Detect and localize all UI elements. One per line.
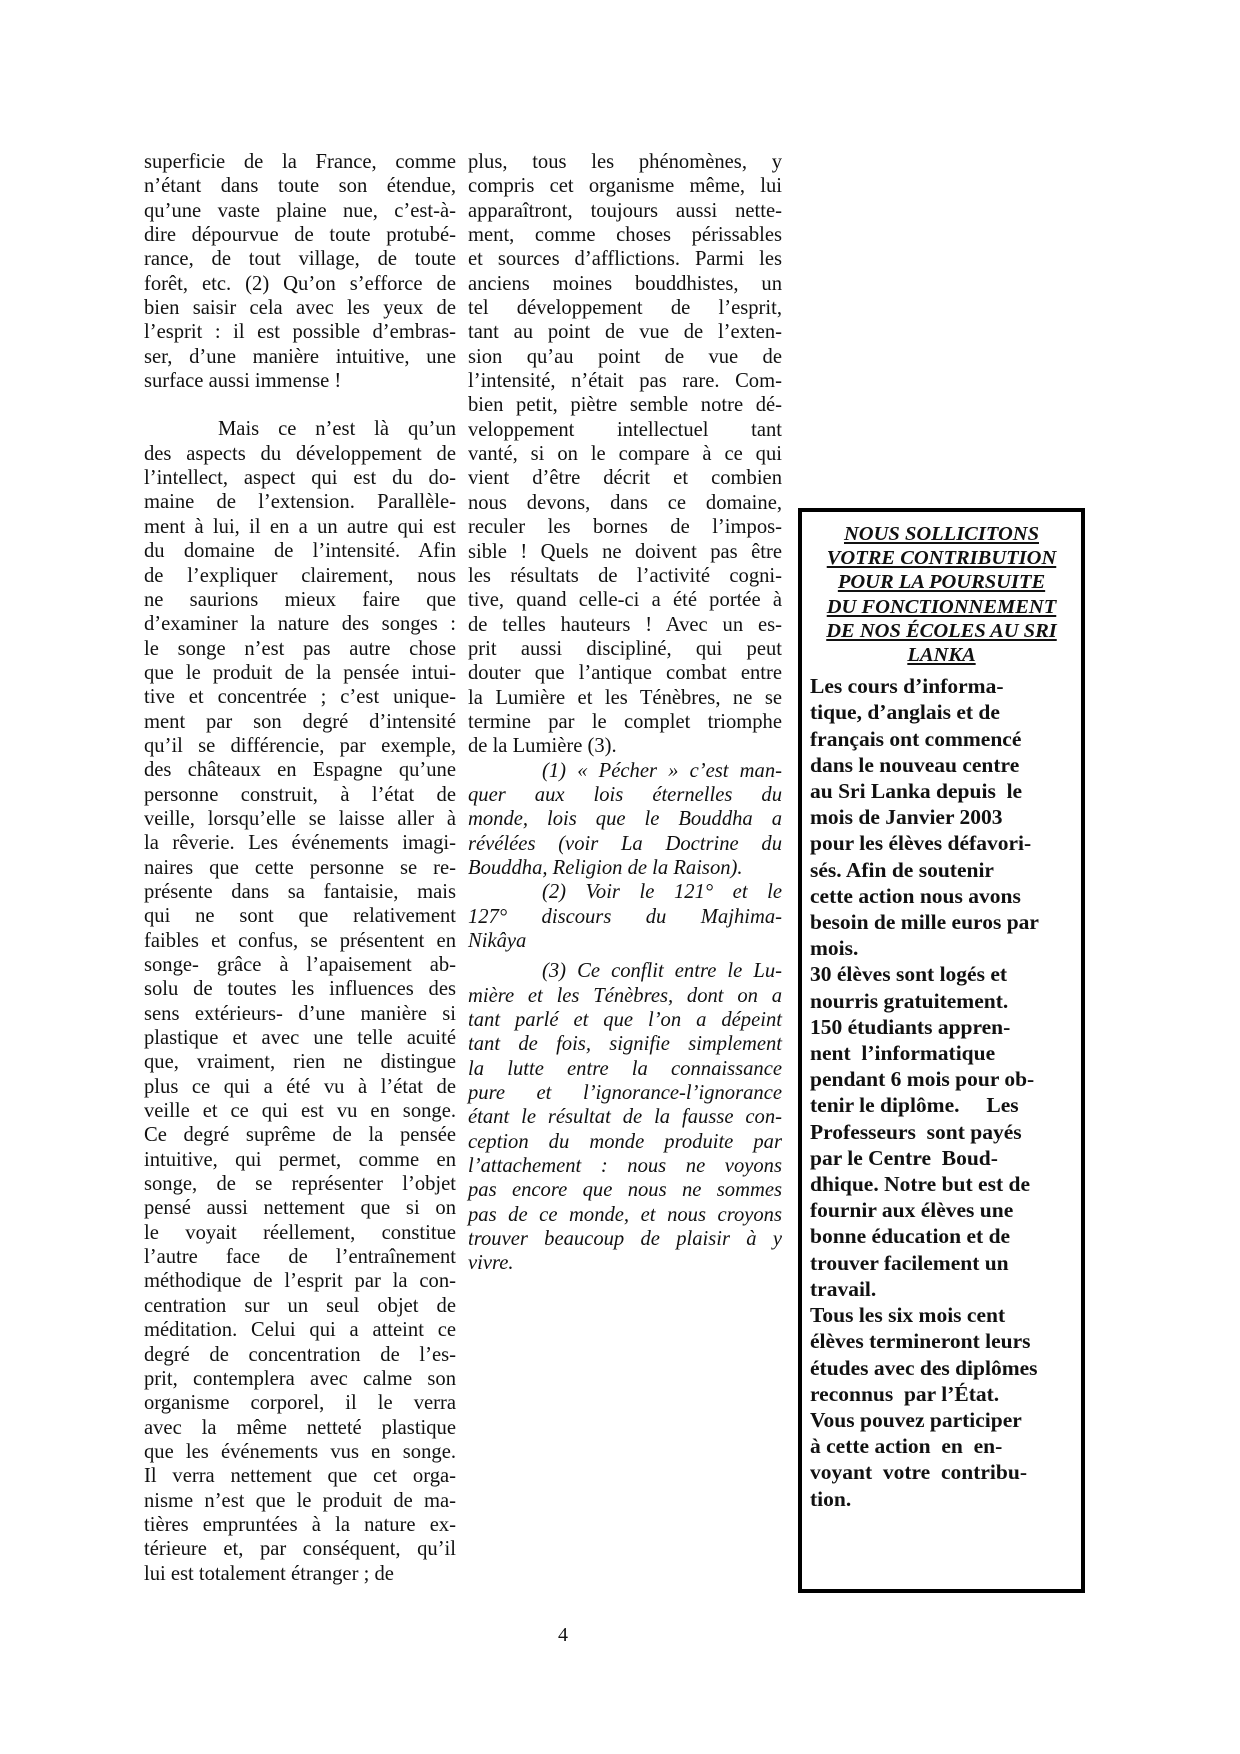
text-line: sion qu’au point de vue de: [468, 345, 782, 369]
footnote-line: étant le résultat de la fausse con-: [468, 1105, 782, 1129]
text-line: l’intensité, n’était pas rare. Com-: [468, 369, 782, 393]
text-line: tel développement de l’esprit,: [468, 296, 782, 320]
appeal-body-line: par le Centre Boud-: [810, 1145, 1073, 1171]
appeal-body-line: tique, d’anglais et de: [810, 699, 1073, 725]
text-line: intuitive, qui permet, comme en: [144, 1148, 456, 1172]
appeal-body-line: voyant votre contribu-: [810, 1459, 1073, 1485]
text-line: plastique et avec une telle acuité: [144, 1026, 456, 1050]
text-line: songe, de se représenter l’objet: [144, 1172, 456, 1196]
text-line: qui ne sont que relativement: [144, 904, 456, 928]
text-line: veille, lorsqu’elle se laisse aller à: [144, 807, 456, 831]
appeal-body-line: au Sri Lanka depuis le: [810, 778, 1073, 804]
text-line: ne saurions mieux faire que: [144, 588, 456, 612]
text-line: ment par son degré d’intensité: [144, 710, 456, 734]
appeal-body-line: tion.: [810, 1486, 1073, 1512]
appeal-body-line: mois de Janvier 2003: [810, 804, 1073, 830]
text-line: forêt, etc. (2) Qu’on s’efforce de: [144, 272, 456, 296]
text-line: pensé aussi nettement que si on: [144, 1196, 456, 1220]
appeal-body-line: dhique. Notre but est de: [810, 1171, 1073, 1197]
footnote-line: la lutte entre la connaissance: [468, 1057, 782, 1081]
text-line: nisme n’est que le produit de ma-: [144, 1489, 456, 1513]
footnote-line: tant parlé et que l’on a dépeint: [468, 1008, 782, 1032]
appeal-body-line: français ont commencé: [810, 726, 1073, 752]
text-line: Ce degré suprême de la pensée: [144, 1123, 456, 1147]
text-line: bien petit, piètre semble notre dé-: [468, 393, 782, 417]
text-line: la rêverie. Les événements imagi-: [144, 831, 456, 855]
text-line: termine par le complet triomphe: [468, 710, 782, 734]
text-line: des châteaux en Espagne qu’une: [144, 758, 456, 782]
donation-appeal-box: NOUS SOLLICITONSVOTRE CONTRIBUTIONPOUR L…: [798, 508, 1085, 1593]
text-line: méditation. Celui qui a atteint ce: [144, 1318, 456, 1342]
footnote-line: pas encore que nous ne sommes: [468, 1178, 782, 1202]
text-line: prit aussi discipliné, qui peut: [468, 637, 782, 661]
appeal-title-line: VOTRE CONTRIBUTION: [827, 547, 1057, 569]
text-line: organisme corporel, il le verra: [144, 1391, 456, 1415]
text-line: veloppement intellectuel tant: [468, 418, 782, 442]
appeal-body-line: dans le nouveau centre: [810, 752, 1073, 778]
appeal-body-line: cette action nous avons: [810, 883, 1073, 909]
text-line: présente dans sa fantaisie, mais: [144, 880, 456, 904]
text-line: vanté, si on le compare à ce qui: [468, 442, 782, 466]
text-line: rance, de tout village, de toute: [144, 247, 456, 271]
appeal-body-line: fournir aux élèves une: [810, 1197, 1073, 1223]
appeal-body-line: pendant 6 mois pour ob-: [810, 1066, 1073, 1092]
text-line: tant au point de vue de l’exten-: [468, 320, 782, 344]
appeal-title: NOUS SOLLICITONSVOTRE CONTRIBUTIONPOUR L…: [808, 522, 1075, 667]
text-line: ment à lui, il en a un autre qui est: [144, 515, 456, 539]
text-line: méthodique de l’esprit par la con-: [144, 1269, 456, 1293]
text-line: du domaine de l’intensité. Afin: [144, 539, 456, 563]
text-line: lui est totalement étranger ; de: [144, 1562, 456, 1586]
footnote-line: 127° discours du Majhima-: [468, 905, 782, 929]
footnote-line: révélées (voir La Doctrine du: [468, 832, 782, 856]
appeal-body-line: Les cours d’informa-: [810, 673, 1073, 699]
appeal-body-line: besoin de mille euros par: [810, 909, 1073, 935]
appeal-body-line: sés. Afin de soutenir: [810, 857, 1073, 883]
footnote-line: pas de ce monde, et nous croyons: [468, 1203, 782, 1227]
text-line: [144, 393, 456, 417]
footnote-line: Nikâya: [468, 929, 782, 953]
appeal-body-line: 150 étudiants appren-: [810, 1014, 1073, 1040]
appeal-title-line: LANKA: [907, 644, 975, 666]
text-line: reculer les bornes de l’impos-: [468, 515, 782, 539]
footnote-line: tant de fois, signifie simplement: [468, 1032, 782, 1056]
text-line: Il verra nettement que cet orga-: [144, 1464, 456, 1488]
footnote-line: pure et l’ignorance-l’ignorance: [468, 1081, 782, 1105]
footnote-line: Bouddha, Religion de la Raison).: [468, 856, 782, 880]
text-line: que les événements vus en songe.: [144, 1440, 456, 1464]
appeal-body-line: à cette action en en-: [810, 1433, 1073, 1459]
appeal-body-line: études avec des diplômes: [810, 1355, 1073, 1381]
appeal-body-line: pour les élèves défavori-: [810, 830, 1073, 856]
text-line: surface aussi immense !: [144, 369, 456, 393]
appeal-body-line: nent l’informatique: [810, 1040, 1073, 1066]
footnote-line: ception du monde produite par: [468, 1130, 782, 1154]
footnote-line: l’attachement : nous ne voyons: [468, 1154, 782, 1178]
text-line: térieure et, par conséquent, qu’il: [144, 1537, 456, 1561]
appeal-body-line: Tous les six mois cent: [810, 1302, 1073, 1328]
appeal-body-line: Vous pouvez participer: [810, 1407, 1073, 1433]
footnote-line: (2) Voir le 121° et le: [468, 880, 782, 904]
text-line: ser, d’une manière intuitive, une: [144, 345, 456, 369]
text-line: solu de toutes les influences des: [144, 977, 456, 1001]
text-line: superficie de la France, comme: [144, 150, 456, 174]
text-line: que le produit de la pensée intui-: [144, 661, 456, 685]
text-line: de l’expliquer clairement, nous: [144, 564, 456, 588]
footnote-1: (1) « Pécher » c’est man-quer aux lois é…: [468, 759, 782, 881]
text-line: nous devons, dans ce domaine,: [468, 491, 782, 515]
text-line: degré de concentration de l’es-: [144, 1343, 456, 1367]
text-line: naires que cette personne se re-: [144, 856, 456, 880]
text-line: Mais ce n’est là qu’un: [144, 417, 456, 441]
appeal-body-line: nourris gratuitement.: [810, 988, 1073, 1014]
text-line: la Lumière et les Ténèbres, ne se: [468, 686, 782, 710]
text-line: le songe n’est pas autre chose: [144, 637, 456, 661]
text-line: vient d’être décrit et combien: [468, 466, 782, 490]
text-line: anciens moines bouddhistes, un: [468, 272, 782, 296]
column-2-body: plus, tous les phénomènes, ycompris cet …: [468, 150, 782, 759]
page-number: 4: [558, 1624, 568, 1647]
text-line: qu’il se différencie, par exemple,: [144, 734, 456, 758]
appeal-body-line: travail.: [810, 1276, 1073, 1302]
text-line: songe- grâce à l’apaisement ab-: [144, 953, 456, 977]
appeal-body: Les cours d’informa-tique, d’anglais et …: [810, 673, 1073, 1512]
appeal-title-line: NOUS SOLLICITONS: [844, 523, 1039, 545]
text-line: veille et ce qui est vu en songe.: [144, 1099, 456, 1123]
text-line: et sources d’afflictions. Parmi les: [468, 247, 782, 271]
text-line: plus ce qui a été vu à l’état de: [144, 1075, 456, 1099]
text-line: l’intellect, aspect qui est du do-: [144, 466, 456, 490]
text-line: prit, contemplera avec calme son: [144, 1367, 456, 1391]
text-line: tive et concentrée ; c’est unique-: [144, 685, 456, 709]
text-line: de telles hauteurs ! Avec un es-: [468, 613, 782, 637]
appeal-body-line: trouver facilement un: [810, 1250, 1073, 1276]
text-line: avec la même netteté plastique: [144, 1416, 456, 1440]
text-line: compris cet organisme même, lui: [468, 174, 782, 198]
appeal-body-line: reconnus par l’État.: [810, 1381, 1073, 1407]
text-line: plus, tous les phénomènes, y: [468, 150, 782, 174]
text-line: personne construit, à l’état de: [144, 783, 456, 807]
appeal-body-line: élèves termineront leurs: [810, 1328, 1073, 1354]
footnote-line: (1) « Pécher » c’est man-: [468, 759, 782, 783]
text-line: l’autre face de l’entraînement: [144, 1245, 456, 1269]
text-line: centration sur un seul objet de: [144, 1294, 456, 1318]
footnote-line: vivre.: [468, 1251, 782, 1275]
text-line: qu’une vaste plaine nue, c’est-à-: [144, 199, 456, 223]
appeal-body-line: bonne éducation et de: [810, 1223, 1073, 1249]
appeal-body-line: Professeurs sont payés: [810, 1119, 1073, 1145]
text-line: bien saisir cela avec les yeux de: [144, 296, 456, 320]
footnote-line: quer aux lois éternelles du: [468, 783, 782, 807]
text-line: les résultats de l’activité cogni-: [468, 564, 782, 588]
text-line: dire dépourvue de toute protubé-: [144, 223, 456, 247]
footnote-line: trouver beaucoup de plaisir à y: [468, 1227, 782, 1251]
text-line: apparaîtront, toujours aussi nette-: [468, 199, 782, 223]
text-line: sible ! Quels ne doivent pas être: [468, 540, 782, 564]
text-line: ment, comme choses périssables: [468, 223, 782, 247]
text-line: n’étant dans toute son étendue,: [144, 174, 456, 198]
footnote-3: (3) Ce conflit entre le Lu-mière et les …: [468, 959, 782, 1275]
text-line: l’esprit : il est possible d’embras-: [144, 320, 456, 344]
text-line: d’examiner la nature des songes :: [144, 612, 456, 636]
text-column-2: plus, tous les phénomènes, ycompris cet …: [468, 150, 782, 1276]
appeal-title-line: DE NOS ÉCOLES AU SRI: [826, 620, 1057, 642]
text-line: sens extérieurs- d’une manière si: [144, 1002, 456, 1026]
footnote-line: mière et les Ténèbres, dont on a: [468, 984, 782, 1008]
text-line: que, vraiment, rien ne distingue: [144, 1050, 456, 1074]
footnote-line: (3) Ce conflit entre le Lu-: [468, 959, 782, 983]
text-line: le voyait réellement, constitue: [144, 1221, 456, 1245]
appeal-body-line: 30 élèves sont logés et: [810, 961, 1073, 987]
text-column-1: superficie de la France, commen’étant da…: [144, 150, 456, 1586]
text-line: de la Lumière (3).: [468, 734, 782, 758]
text-line: tive, quand celle-ci a été portée à: [468, 588, 782, 612]
appeal-body-line: mois.: [810, 935, 1073, 961]
text-line: tières empruntées à la nature ex-: [144, 1513, 456, 1537]
footnote-line: monde, lois que le Bouddha a: [468, 807, 782, 831]
text-line: des aspects du développement de: [144, 442, 456, 466]
appeal-body-line: tenir le diplôme. Les: [810, 1092, 1073, 1118]
text-line: maine de l’extension. Parallèle-: [144, 490, 456, 514]
footnote-2: (2) Voir le 121° et le127° discours du M…: [468, 880, 782, 953]
text-line: faibles et confus, se présentent en: [144, 929, 456, 953]
text-line: douter que l’antique combat entre: [468, 661, 782, 685]
appeal-title-line: POUR LA POURSUITE: [838, 571, 1045, 593]
appeal-title-line: DU FONCTIONNEMENT: [827, 596, 1057, 618]
